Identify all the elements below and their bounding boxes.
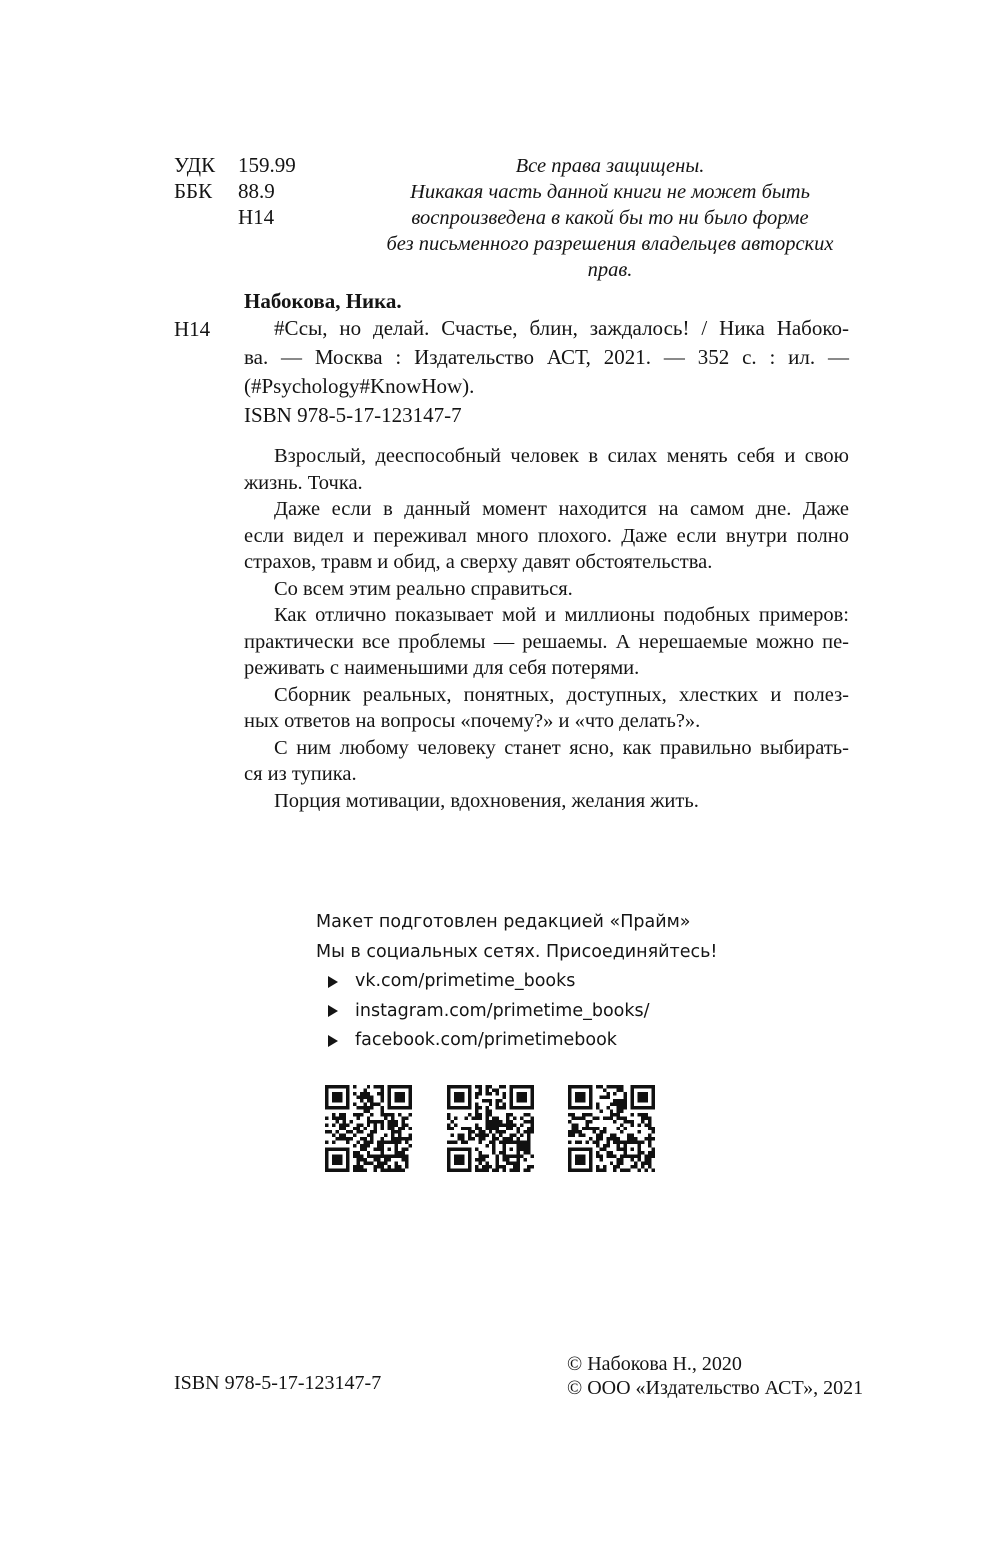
bbk-label: ББК [174,179,212,204]
qr-code-icon [325,1085,412,1172]
isbn-footer: ISBN 978-5-17-123147-7 [174,1372,381,1395]
link-text[interactable]: instagram.com/primetime_books/ [355,997,650,1027]
annotation-paragraph: Сборник реальных, понятных, доступных, х… [244,682,849,735]
biblio-line: ва. — Москва : Издательство АСТ, 2021. —… [244,343,849,372]
biblio-line: (#Psychology#KnowHow). [244,372,849,401]
udk-label: УДК [174,153,215,178]
triangle-bullet-icon [328,1005,338,1017]
annotation-line: Порция мотивации, вдохновения, желания ж… [244,788,849,815]
annotation-paragraph: Взрослый, дееспособный человек в силах м… [244,443,849,496]
annotation-line: Даже если в данный момент находится на с… [244,496,849,523]
annotation-paragraph: С ним любому человеку станет ясно, как п… [244,735,849,788]
udk-value: 159.99 [238,153,296,178]
annotation-line: практически все проблемы — решаемы. А не… [244,629,849,656]
link-text[interactable]: facebook.com/primetimebook [355,1026,617,1056]
bbk-value: 88.9 [238,179,275,204]
copyright-line: © ООО «Издательство АСТ», 2021 [567,1376,863,1400]
qr-code-icon [447,1085,534,1172]
copyright-line: © Набокова Н., 2020 [567,1352,863,1376]
social-section: Макет подготовлен редакцией «Прайм» Мы в… [316,908,717,1056]
rights-line: Никакая часть данной книги не может быть [380,179,840,205]
annotation-line: Сборник реальных, понятных, доступных, х… [244,682,849,709]
social-link-instagram[interactable]: instagram.com/primetime_books/ [316,997,717,1027]
social-link-facebook[interactable]: facebook.com/primetimebook [316,1026,717,1056]
annotation-line: жизнь. Точка. [244,470,849,497]
cutter-code: Н14 [174,317,210,342]
triangle-bullet-icon [328,1035,338,1047]
annotation: Взрослый, дееспособный человек в силах м… [244,443,849,814]
social-link-vk[interactable]: vk.com/primetime_books [316,967,717,997]
cutter-code-top: Н14 [238,205,274,230]
layout-note: Макет подготовлен редакцией «Прайм» [316,908,717,938]
annotation-line: реживать с наименьшими для себя потерями… [244,655,849,682]
annotation-paragraph: Даже если в данный момент находится на с… [244,496,849,576]
annotation-line: ся из тупика. [244,761,849,788]
annotation-line: если видел и переживал много плохого. Да… [244,523,849,550]
triangle-bullet-icon [328,976,338,988]
annotation-paragraph: Порция мотивации, вдохновения, желания ж… [244,788,849,815]
isbn: ISBN 978-5-17-123147-7 [244,403,462,428]
rights-line: Все права защищены. [380,153,840,179]
biblio-line: #Ссы, но делай. Счастье, блин, заждалось… [244,314,849,343]
rights-notice: Все права защищены. Никакая часть данной… [380,153,840,283]
annotation-paragraph: Со всем этим реально справиться. [244,576,849,603]
annotation-paragraph: Как отлично показывает мой и миллионы по… [244,602,849,682]
annotation-line: страхов, травм и обид, а сверху давят об… [244,549,849,576]
annotation-line: ных ответов на вопросы «почему?» и «что … [244,708,849,735]
annotation-line: Взрослый, дееспособный человек в силах м… [244,443,849,470]
rights-line: без письменного разрешения владельцев ав… [380,231,840,283]
author-name: Набокова, Ника. [244,289,402,314]
link-text[interactable]: vk.com/primetime_books [355,967,575,997]
annotation-line: С ним любому человеку станет ясно, как п… [244,735,849,762]
copyright-block: © Набокова Н., 2020 © ООО «Издательство … [567,1352,863,1400]
bibliographic-description: #Ссы, но делай. Счастье, блин, заждалось… [244,314,849,401]
join-text: Мы в социальных сетях. Присоединяйтесь! [316,938,717,968]
annotation-line: Как отлично показывает мой и миллионы по… [244,602,849,629]
rights-line: воспроизведена в какой бы то ни было фор… [380,205,840,231]
annotation-line: Со всем этим реально справиться. [244,576,849,603]
qr-code-icon [568,1085,655,1172]
